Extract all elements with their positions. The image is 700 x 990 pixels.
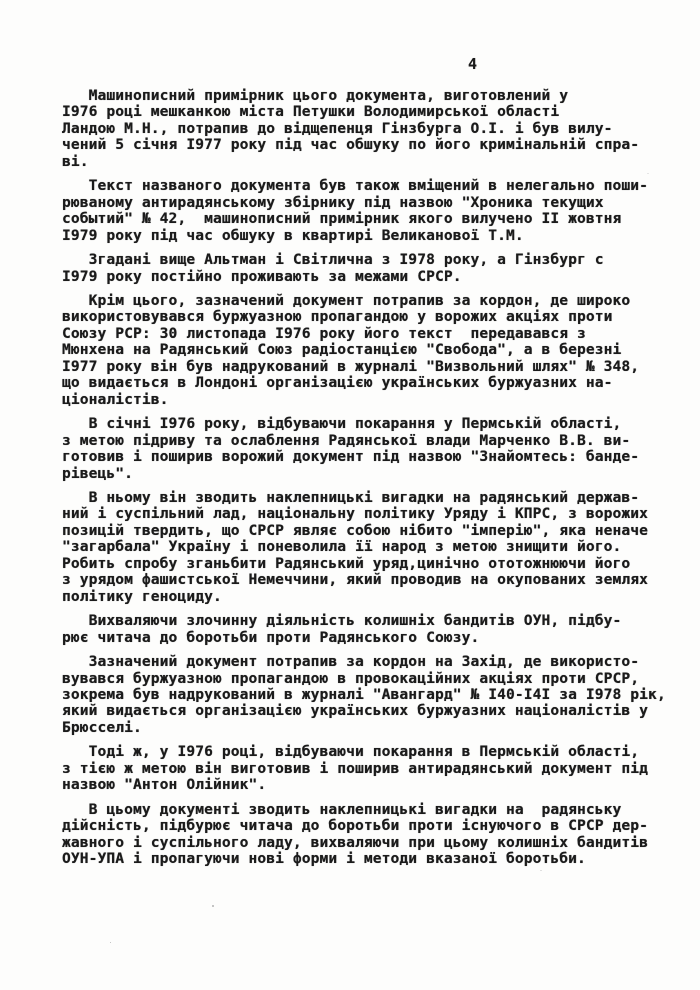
paragraph: Крім цього, зазначений документ потрапив… bbox=[62, 293, 668, 408]
scan-speck bbox=[110, 942, 111, 943]
paragraph: Машинописний примірник цього документа, … bbox=[62, 88, 668, 170]
scan-speck bbox=[212, 905, 214, 907]
paragraph: Згадані вище Альтман і Світлична з I978 … bbox=[62, 252, 668, 285]
paragraph: Текст названого документа був також вміщ… bbox=[62, 178, 668, 244]
scan-speck bbox=[540, 870, 542, 871]
paragraph: В ньому він зводить наклепницькі вигадки… bbox=[62, 490, 668, 605]
paragraph: Зазначений документ потрапив за кордон н… bbox=[62, 654, 668, 736]
scan-speck bbox=[647, 173, 649, 174]
paragraph: В цьому документі зводить наклепницькі в… bbox=[62, 802, 668, 868]
document-text-block: Машинописний примірник цього документа, … bbox=[62, 88, 668, 875]
page-number: 4 bbox=[468, 56, 477, 73]
paragraph: Вихваляючи злочинну діяльність колишніх … bbox=[62, 613, 668, 646]
paragraph: В січні I976 року, відбуваючи покарання … bbox=[62, 416, 668, 482]
scanned-document-page: 4 Машинописний примірник цього документа… bbox=[0, 0, 700, 990]
paragraph: Тоді ж, у I976 році, відбуваючи покаранн… bbox=[62, 744, 668, 793]
